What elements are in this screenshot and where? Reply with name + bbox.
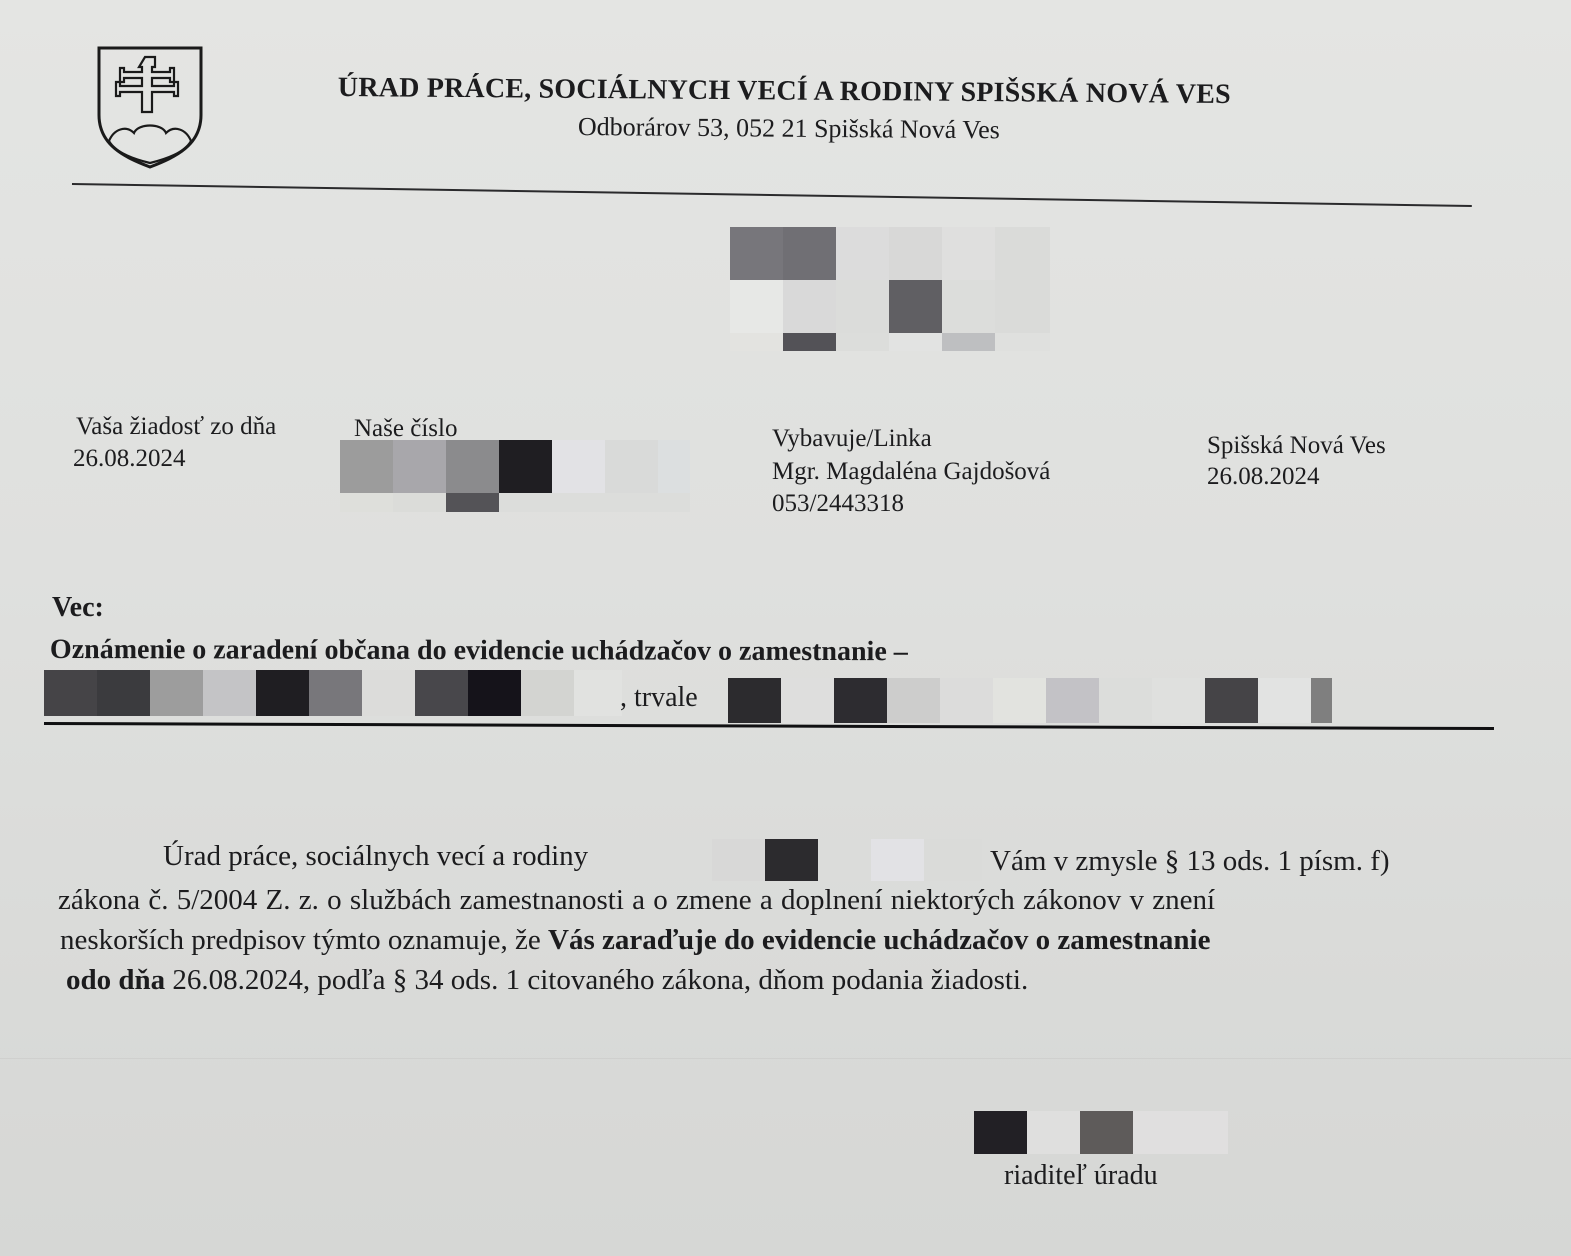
handled-by-name: Mgr. Magdaléna Gajdošová xyxy=(772,457,1050,487)
issue-place: Spišská Nová Ves xyxy=(1207,431,1386,461)
handled-by-phone: 053/2443318 xyxy=(772,489,904,519)
signatory-title: riaditeľ úradu xyxy=(1004,1160,1158,1192)
subject-residence-redacted xyxy=(728,678,1332,723)
body-line-1-start: Úrad práce, sociálnych vecí a rodiny xyxy=(163,840,588,873)
issue-date: 26.08.2024 xyxy=(1207,462,1320,492)
your-request-date: 26.08.2024 xyxy=(73,444,186,474)
office-name: ÚRAD PRÁCE, SOCIÁLNYCH VECÍ A RODINY SPI… xyxy=(338,72,1231,111)
our-number-redacted xyxy=(340,440,690,512)
office-address: Odborárov 53, 052 21 Spišská Nová Ves xyxy=(578,112,1000,145)
slovak-coat-of-arms-icon xyxy=(96,45,204,169)
residence-label: , trvale xyxy=(620,682,698,714)
subject-name-redacted xyxy=(44,670,622,716)
your-request-label: Vaša žiadosť zo dňa xyxy=(76,412,276,442)
header-divider xyxy=(72,183,1472,207)
recipient-address-redacted xyxy=(730,227,1050,351)
body-line-1-end: Vám v zmysle § 13 ods. 1 písm. f) xyxy=(990,845,1390,878)
handled-by-label: Vybavuje/Linka xyxy=(772,424,932,454)
subject-divider xyxy=(44,722,1494,730)
body-line-3-normal: neskorších predpisov týmto oznamuje, že xyxy=(60,924,548,956)
body-line-3-bold: Vás zaraďuje do evidencie uchádzačov o z… xyxy=(548,924,1210,956)
body-line-2: zákona č. 5/2004 Z. z. o službách zamest… xyxy=(58,884,1215,917)
body-line-4-bold: odo dňa xyxy=(66,964,165,996)
body-line-4: odo dňa 26.08.2024, podľa § 34 ods. 1 ci… xyxy=(66,964,1028,997)
subject-title: Oznámenie o zaradení občana do evidencie… xyxy=(50,634,908,668)
signature-name-redacted xyxy=(974,1111,1228,1154)
subject-label: Vec: xyxy=(52,592,104,624)
body-office-redacted xyxy=(712,839,982,881)
body-line-3: neskorších predpisov týmto oznamuje, že … xyxy=(60,924,1210,957)
body-line-4-normal: 26.08.2024, podľa § 34 ods. 1 citovaného… xyxy=(165,964,1028,996)
